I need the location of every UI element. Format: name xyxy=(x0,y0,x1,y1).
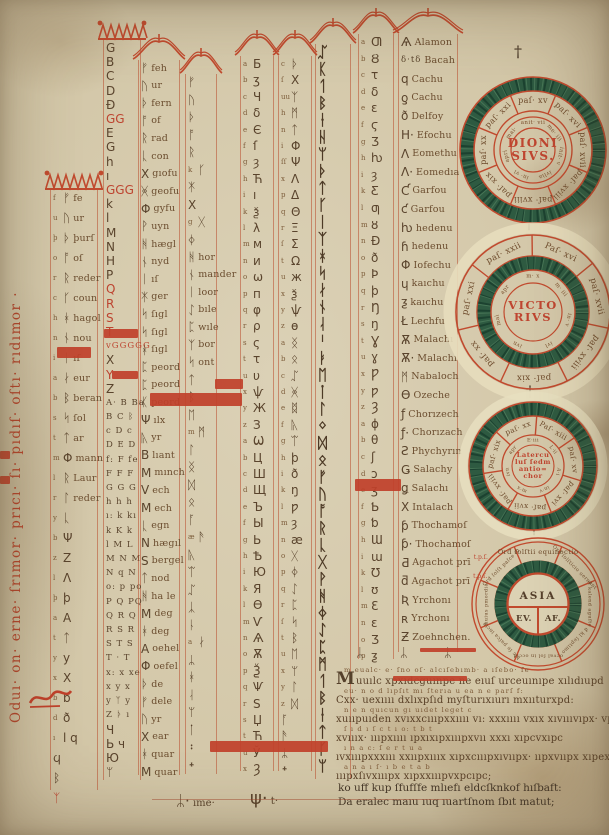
letter-glyph: ᛈ xyxy=(141,361,148,373)
letter-glyph: Z xyxy=(106,383,114,395)
letter-glyph: Φ xyxy=(401,259,410,271)
letter-name: de xyxy=(151,679,163,690)
letter-name: egn xyxy=(151,520,169,531)
letter-name: fern xyxy=(151,98,172,109)
index-letter: r xyxy=(243,700,250,708)
letter-glyph: Б xyxy=(253,58,261,70)
index-letter: s xyxy=(243,716,250,724)
letter-glyph: ᚳ xyxy=(141,150,148,162)
letter-glyph: ᛞ xyxy=(318,436,327,451)
letter-glyph: ð xyxy=(401,110,408,122)
glyph-row: ᛢ xyxy=(188,582,236,598)
letter-glyph: Ƶ xyxy=(401,631,409,643)
letter-glyph: ᛋ xyxy=(141,326,148,338)
letter-glyph: Ψ xyxy=(141,414,150,426)
index-letter: t xyxy=(281,257,288,265)
letter-glyph: ᚫ xyxy=(198,531,205,543)
index-letter: t xyxy=(243,732,250,740)
bottom-rule-line xyxy=(152,799,450,800)
letter-glyph: Ћ xyxy=(253,173,262,185)
letter-glyph: δ·tδ xyxy=(401,56,421,65)
index-letter: l xyxy=(243,601,250,609)
letter-glyph: ᛘ xyxy=(106,766,113,778)
index-letter: f xyxy=(281,421,288,429)
svg-text:ASIA: ASIA xyxy=(519,590,557,602)
letter-name: nyd xyxy=(151,256,169,267)
glyph-row: ᛇbıle xyxy=(188,302,236,318)
index-letter: m xyxy=(53,454,60,462)
letter-name: Salachı xyxy=(412,483,449,494)
index-letter: ſ xyxy=(281,618,288,626)
index-letter: h xyxy=(281,454,288,462)
letter-glyph: Ƅ xyxy=(371,501,379,513)
index-letter: l xyxy=(243,224,250,232)
index-letter: u xyxy=(53,214,60,222)
letter-name: fe xyxy=(73,193,83,204)
index-letter: o xyxy=(361,636,368,644)
letter-name: Alamon xyxy=(415,37,453,48)
index-letter: e xyxy=(281,404,288,412)
letter-glyph: ɛ xyxy=(371,617,378,629)
index-letter: g xyxy=(243,158,250,166)
letter-glyph: ᛡ xyxy=(188,181,195,193)
letter-glyph: δ xyxy=(253,107,260,119)
letter-glyph: ᚾ xyxy=(188,269,195,281)
index-letter: d xyxy=(361,88,368,96)
letter-glyph: ᚢ xyxy=(141,80,148,92)
svg-text:ivn: ivn xyxy=(504,466,512,476)
index-letter: p xyxy=(243,667,250,675)
index-letter: b xyxy=(243,76,250,84)
letter-name: hagol xyxy=(73,313,101,324)
letter-glyph: ᛣ xyxy=(188,601,195,613)
glyph-row: X xyxy=(188,197,236,213)
letter-glyph: ᚱ xyxy=(63,472,70,484)
letter-glyph: ƍ xyxy=(401,92,408,104)
index-letter: m xyxy=(188,428,195,436)
letter-glyph: ᛙ xyxy=(188,724,195,736)
index-letter: ſ xyxy=(281,240,288,248)
letter-name: hægl xyxy=(151,239,176,250)
svg-text:A·i: A·i xyxy=(554,466,562,476)
letter-glyph: Ц xyxy=(253,452,262,464)
letter-glyph: ᛟ xyxy=(318,453,327,468)
letter-glyph: Ѳ xyxy=(253,599,262,611)
letter-glyph: Ƈ xyxy=(401,185,409,197)
letter-glyph: ᚠ xyxy=(318,470,327,485)
letter-glyph: ᛉ xyxy=(291,91,298,103)
letter-name: dele xyxy=(151,696,172,707)
rune-glyph: ᛦ· xyxy=(176,792,190,810)
svg-text:ivl: ivl xyxy=(544,340,554,349)
letter-glyph: x y x xyxy=(106,683,131,692)
index-letter: g xyxy=(188,218,195,226)
letter-glyph: Λ xyxy=(291,173,299,185)
letter-name: beran xyxy=(73,393,102,404)
svg-text:m· x: m· x xyxy=(526,274,540,280)
letter-glyph: ƈ xyxy=(401,203,408,215)
letter-glyph: ı xyxy=(106,170,109,182)
letter-glyph: ȝ xyxy=(253,156,259,168)
letter-name: Cachu xyxy=(412,74,444,85)
letter-name: þurſ xyxy=(73,233,94,244)
letter-glyph: Щ xyxy=(253,484,266,496)
letter-glyph: ƅ xyxy=(371,517,379,529)
letter-glyph: ᛭ xyxy=(281,763,288,775)
letter-glyph: Σ xyxy=(291,238,299,250)
letter-glyph: y xyxy=(63,652,70,664)
letter-glyph: M xyxy=(141,467,151,479)
letter-glyph: ᛈ xyxy=(188,321,195,333)
letter-glyph: Φ xyxy=(291,140,300,152)
index-letter: a xyxy=(188,638,195,646)
index-letter: g xyxy=(243,536,250,544)
letter-glyph: ᚼ xyxy=(141,748,148,760)
letter-glyph: B xyxy=(141,449,149,461)
index-letter: q xyxy=(281,585,288,593)
letter-glyph: æ xyxy=(291,534,303,546)
index-letter: x xyxy=(53,674,60,682)
letter-glyph: ρ xyxy=(253,320,261,332)
index-letter: y xyxy=(53,654,60,662)
letter-glyph: ı xyxy=(253,189,256,201)
letter-glyph: Ю xyxy=(253,566,266,578)
letter-glyph: þ xyxy=(371,285,379,297)
letter-glyph: ᚽ xyxy=(318,708,327,723)
letter-name: yr xyxy=(151,714,161,725)
letter-glyph: ᚣ xyxy=(188,549,195,561)
letter-glyph: п xyxy=(253,288,261,300)
letter-glyph: ᛇ xyxy=(291,583,298,595)
glyph-row: gᚷ xyxy=(188,214,236,230)
glyph-row: ᚢ xyxy=(188,92,236,108)
glyph-row: ᛚ xyxy=(188,442,236,458)
letter-glyph: Ѫ· xyxy=(401,352,414,364)
letter-glyph: M xyxy=(141,608,151,620)
index-letter: l xyxy=(361,586,368,594)
letter-glyph: ſ xyxy=(253,140,257,152)
letter-glyph: ƺ xyxy=(401,296,407,308)
column-canopy xyxy=(132,33,186,61)
letter-glyph: ᚷ xyxy=(198,216,205,228)
letter-glyph: ᚪ xyxy=(188,514,195,526)
letter-glyph: A xyxy=(141,643,149,655)
letter-glyph: ᛄ xyxy=(318,606,327,621)
letter-glyph: GGG xyxy=(106,184,134,196)
letter-glyph: Q R Q xyxy=(106,612,137,621)
letter-glyph: ᚦ xyxy=(188,111,195,123)
letter-glyph: þ xyxy=(63,592,71,604)
letter-glyph: ᚴ xyxy=(63,292,70,304)
colophon-line: a n a ı ſ· ı b e t a b xyxy=(344,763,609,771)
svg-text:anit· vii: anit· vii xyxy=(521,120,546,126)
glyph-row: ᚱ xyxy=(188,144,236,160)
letter-glyph: Ѧ xyxy=(401,36,412,48)
index-letter: e xyxy=(243,503,250,511)
letter-glyph: k K k xyxy=(106,527,133,536)
svg-text:ivn: ivn xyxy=(512,339,523,349)
letter-glyph: ʀ xyxy=(401,613,408,625)
letter-glyph: Ð xyxy=(106,99,115,111)
letter-glyph: ð xyxy=(371,252,378,264)
letter-glyph: ᚢ xyxy=(188,94,195,106)
letter-name: deg xyxy=(154,608,172,619)
letter-glyph: B C ᛒ xyxy=(106,413,134,422)
letter-glyph: ᛦ xyxy=(188,654,195,666)
letter-name: Garfou xyxy=(411,204,445,215)
letter-name: uyn xyxy=(151,221,169,232)
letter-glyph: ᛋ xyxy=(188,356,195,368)
index-letter: a xyxy=(243,437,250,445)
letter-glyph: ᛁ xyxy=(318,215,327,230)
letter-glyph: ȝ xyxy=(291,517,297,529)
index-letter: z xyxy=(53,554,60,562)
letter-glyph: Z ᚦ ı xyxy=(106,711,130,720)
letter-glyph: ᛐ xyxy=(318,79,327,94)
index-letter: h xyxy=(361,154,368,162)
letter-glyph: Ł xyxy=(401,315,408,327)
letter-glyph: Ь xyxy=(253,534,261,546)
colophon-line: ıııpxſıvxıııpx xıpxxıııpvxpcıpc; xyxy=(336,771,609,782)
letter-name: quar xyxy=(151,749,174,760)
letter-glyph: ᛉ xyxy=(53,792,60,804)
index-letter: e xyxy=(243,126,250,134)
letter-glyph: ᛄ xyxy=(291,566,298,578)
letter-glyph: ᛒ xyxy=(291,632,298,644)
index-letter: x xyxy=(243,388,250,396)
letter-glyph: ᛢ xyxy=(188,584,195,596)
letter-name: ger xyxy=(151,291,168,302)
index-letter: m xyxy=(243,618,250,626)
letter-glyph: ᛄ xyxy=(188,234,195,246)
letter-glyph: ᛬ xyxy=(188,741,195,753)
letter-glyph: ᛏ xyxy=(318,725,327,740)
letter-glyph: ᚾ xyxy=(63,332,70,344)
letter-glyph: ᛜ xyxy=(318,419,327,434)
letter-glyph: ᚢ xyxy=(63,212,70,224)
letter-glyph: ᛏ xyxy=(63,632,70,644)
letter-name: gyfu xyxy=(153,203,175,214)
index-letter: z xyxy=(281,322,288,330)
manuscript-page: Oduı· on· erne· ſrımor· prıcı· ſı· pıdıſ… xyxy=(0,0,609,835)
letter-glyph: ᛆ xyxy=(318,317,327,332)
svg-text:E·iii: E·iii xyxy=(527,438,539,444)
letter-glyph: ƌ xyxy=(401,575,409,587)
letter-glyph: ı: k kı xyxy=(106,512,137,521)
index-letter: n xyxy=(243,634,250,642)
letter-glyph: λ xyxy=(253,222,260,234)
index-letter: u xyxy=(361,353,368,361)
index-letter: k xyxy=(243,208,250,216)
svg-text:paſ· xxi: paſ· xxi xyxy=(460,280,477,316)
letter-glyph: ᚳ xyxy=(318,538,327,553)
letter-glyph: l M L xyxy=(106,541,133,550)
red-highlight-bar xyxy=(355,479,401,491)
index-letter: u xyxy=(243,372,250,380)
index-letter: æ xyxy=(188,533,195,541)
letter-glyph: ᚼ xyxy=(63,312,70,324)
letter-glyph: ᛉ xyxy=(318,232,327,247)
letter-glyph: ᚠ xyxy=(188,76,195,88)
letter-glyph: Ξ xyxy=(291,222,299,234)
letter-glyph: ᛅ xyxy=(198,636,205,648)
index-letter: h xyxy=(53,314,60,322)
letter-glyph: Ы xyxy=(253,517,264,529)
glyph-row: ᚪ xyxy=(188,512,236,528)
letter-glyph: ƿ xyxy=(291,501,299,513)
index-letter: n xyxy=(361,619,368,627)
letter-glyph: R S R xyxy=(106,626,135,635)
svg-text:paſ· xv: paſ· xv xyxy=(567,446,580,475)
letter-glyph: Ѫ xyxy=(401,334,410,346)
glyph-row: ᚿ xyxy=(188,617,236,633)
colophon-line: Cxx· uexıııı dxlıxpſıd myſturıxıurı mxıı… xyxy=(336,695,609,706)
index-letter: c xyxy=(243,470,250,478)
letter-glyph: ᛗ xyxy=(198,426,205,438)
letter-glyph: ᛏ xyxy=(188,374,195,386)
index-letter: d xyxy=(53,714,60,722)
letter-name: ſol xyxy=(73,413,86,424)
index-letter: h xyxy=(361,536,368,544)
svg-text:A kalend aguſte: A kalend aguſte xyxy=(587,580,593,627)
letter-name: eur xyxy=(73,373,90,384)
letter-glyph: Ɣ xyxy=(371,335,379,347)
letter-name: ur xyxy=(151,80,162,91)
alphabet-column-latin-abc: GBCDÐGGEGhıGGGklMNHPQRSTvGGGGGXYZA· B Ba… xyxy=(103,40,141,780)
letter-glyph: ᛁ xyxy=(188,286,195,298)
red-highlight-bar xyxy=(393,676,467,681)
index-letter: i xyxy=(361,171,368,179)
letter-glyph: ѡ xyxy=(253,271,263,283)
letter-glyph: A xyxy=(63,612,71,624)
letter-glyph: X xyxy=(291,74,299,86)
letter-glyph: D xyxy=(106,85,115,97)
index-letter: o xyxy=(243,273,250,281)
letter-glyph: ᛅ xyxy=(318,283,327,298)
letter-glyph: Ѧ xyxy=(253,632,264,644)
index-letter: a xyxy=(281,339,288,347)
letter-glyph: X xyxy=(188,199,196,211)
letter-glyph: ᛢ xyxy=(318,45,327,60)
letter-glyph: X xyxy=(401,501,409,513)
letter-glyph: ᚩ xyxy=(63,252,70,264)
glyph-row: ᚣ xyxy=(188,547,236,563)
glyph-row: ᛣ xyxy=(188,599,236,615)
letter-glyph: h h h xyxy=(106,498,133,507)
letter-glyph: Ѱ xyxy=(253,681,263,693)
letter-glyph: ʒ xyxy=(253,74,260,86)
index-letter: t xyxy=(281,634,288,642)
letter-glyph: R xyxy=(106,298,114,310)
index-letter: c xyxy=(53,294,60,302)
letter-glyph: ᚦ xyxy=(141,97,148,109)
letter-glyph: З xyxy=(253,419,261,431)
letter-name: ear xyxy=(152,731,168,742)
letter-glyph: δ xyxy=(371,86,378,98)
cryptogram-colophon: m eualc· e· ſno oſ· alcıſebımb· a ıſebo·… xyxy=(336,666,609,809)
glyph-row: ᛭ xyxy=(188,757,236,773)
letter-glyph: ᚪ xyxy=(281,714,288,726)
index-letter: l xyxy=(53,574,60,582)
letter-glyph: τ xyxy=(253,353,260,365)
glyph-row: ᛈwıle xyxy=(188,319,236,335)
letter-glyph: ɣ xyxy=(371,351,378,363)
index-letter: c xyxy=(361,71,368,79)
letter-glyph: x: x xe xyxy=(106,669,141,678)
red-highlight-bar xyxy=(150,393,242,406)
index-letter: y xyxy=(243,404,250,412)
colophon-line: xuııpuıden xvıxxcıııpxxıııı vı: xxxıııı … xyxy=(336,714,609,725)
letter-glyph: ᚱ xyxy=(188,146,195,158)
letter-glyph: ŋ xyxy=(371,318,379,330)
red-highlight-bar xyxy=(215,379,243,389)
svg-text:mai: mai xyxy=(494,314,502,327)
letter-glyph: Ȣ xyxy=(371,53,379,65)
glyph-row: ᚻhor xyxy=(188,249,236,265)
letter-name: lıant xyxy=(152,450,175,461)
letter-glyph: ᚱ xyxy=(318,521,327,536)
letter-glyph: ᚩ xyxy=(141,115,148,127)
index-letter: h xyxy=(281,109,288,117)
letter-glyph: ᚣ xyxy=(141,432,148,444)
letter-name: Delfoy xyxy=(411,111,443,122)
letter-glyph: Ω xyxy=(291,255,300,267)
letter-glyph: ᚺ xyxy=(318,130,327,145)
letter-glyph: X xyxy=(63,672,71,684)
index-letter: m xyxy=(361,221,368,229)
letter-glyph: τ xyxy=(371,69,378,81)
index-letter: x xyxy=(281,290,288,298)
letter-glyph: ϥ xyxy=(53,752,61,764)
letter-glyph: GG xyxy=(106,113,125,125)
index-letter: o xyxy=(243,650,250,658)
index-letter: f xyxy=(361,121,368,129)
letter-glyph: Z xyxy=(63,552,71,564)
letter-name: ech xyxy=(154,503,172,514)
letter-glyph: ᚢ xyxy=(318,487,327,502)
index-letter: e xyxy=(361,104,368,112)
letter-glyph: и xyxy=(253,255,261,267)
letter-glyph: Q xyxy=(106,283,115,295)
index-letter: f xyxy=(53,194,60,202)
index-letter: g xyxy=(361,519,368,527)
letter-glyph: ϛ xyxy=(371,119,378,131)
index-letter: n xyxy=(361,237,368,245)
letter-glyph: ᛚ xyxy=(188,444,195,456)
index-letter: i xyxy=(243,568,250,576)
index-letter: s xyxy=(361,320,368,328)
index-letter: b xyxy=(53,534,60,542)
decorated-initial: M xyxy=(336,669,355,689)
letter-glyph: h xyxy=(106,156,114,168)
letter-glyph: y ᛉ y xyxy=(106,697,131,706)
letter-name: ſıgl xyxy=(151,327,167,338)
letter-glyph: Ʊ xyxy=(371,567,380,579)
column-canopy xyxy=(392,7,464,35)
letter-glyph: Ƣ xyxy=(371,36,382,48)
letter-glyph: ȝ xyxy=(371,169,377,181)
index-letter: c xyxy=(281,60,288,68)
letter-glyph: ᛘ xyxy=(318,759,327,774)
letter-name: Yrchonı xyxy=(411,613,450,624)
index-letter: y xyxy=(361,387,368,395)
red-highlight-bar xyxy=(57,347,91,358)
index-letter: b xyxy=(281,355,288,363)
glyph-row: ᚦ xyxy=(188,109,236,125)
letter-glyph: ᛆ xyxy=(188,689,195,701)
index-letter: f xyxy=(361,503,368,511)
index-letter: c xyxy=(243,93,250,101)
